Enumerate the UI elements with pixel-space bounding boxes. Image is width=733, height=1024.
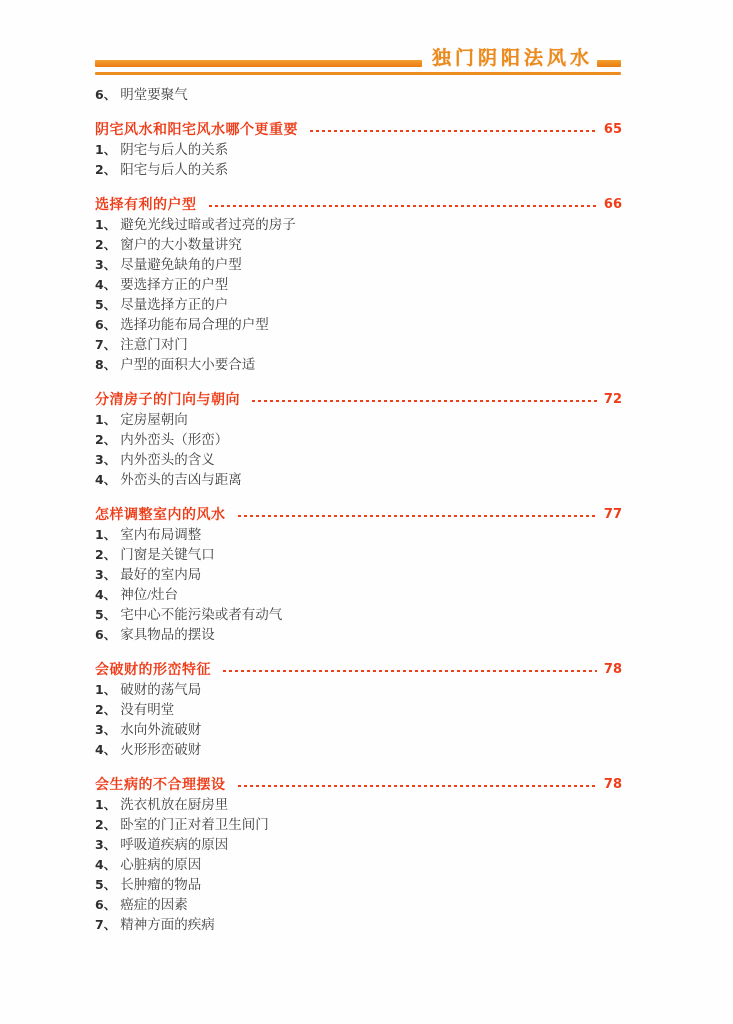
toc-item-number: 6、	[95, 625, 116, 645]
toc-item: 4、神位/灶台	[95, 585, 622, 605]
header-rule-left	[95, 60, 422, 67]
dotted-leader	[252, 400, 597, 402]
toc-page-number: 78	[604, 775, 622, 795]
toc-item: 1、破财的荡气局	[95, 680, 622, 700]
toc-item: 4、要选择方正的户型	[95, 275, 622, 295]
toc-item: 3、尽量避免缺角的户型	[95, 255, 622, 275]
header-rule-row: 独门阴阳法风水	[95, 48, 621, 69]
toc-section: 怎样调整室内的风水771、室内布局调整2、门窗是关键气口3、最好的室内局4、神位…	[95, 505, 622, 645]
toc-section: 会破财的形峦特征781、破财的荡气局2、没有明堂3、水向外流破财4、火形形峦破财	[95, 660, 622, 760]
toc-section-heading: 会生病的不合理摆设78	[95, 775, 622, 795]
toc-item: 5、宅中心不能污染或者有动气	[95, 605, 622, 625]
toc-item-number: 1、	[95, 680, 116, 700]
toc-item-label: 家具物品的摆设	[120, 625, 215, 645]
toc-item: 3、水向外流破财	[95, 720, 622, 740]
toc-section-heading: 会破财的形峦特征78	[95, 660, 622, 680]
toc-page-number: 66	[604, 195, 622, 215]
toc-item-label: 呼吸道疾病的原因	[120, 835, 228, 855]
toc-item: 3、呼吸道疾病的原因	[95, 835, 622, 855]
toc-item-label: 心脏病的原因	[120, 855, 201, 875]
toc-item-label: 室内布局调整	[120, 525, 201, 545]
toc-item-label: 最好的室内局	[120, 565, 201, 585]
toc-item-label: 癌症的因素	[120, 895, 188, 915]
toc-item-label: 户型的面积大小要合适	[120, 355, 255, 375]
toc-item-label: 神位/灶台	[120, 585, 178, 605]
toc-section: 分清房子的门向与朝向721、定房屋朝向2、内外峦头（形峦）3、内外峦头的含义4、…	[95, 390, 622, 490]
toc-item: 8、户型的面积大小要合适	[95, 355, 622, 375]
toc-item-label: 长肿瘤的物品	[120, 875, 201, 895]
toc-item-number: 2、	[95, 235, 116, 255]
toc-item-number: 2、	[95, 815, 116, 835]
toc-item-label: 尽量选择方正的户	[120, 295, 228, 315]
toc-item: 6、明堂要聚气	[95, 85, 622, 105]
toc-item-label: 定房屋朝向	[120, 410, 188, 430]
toc-item: 3、最好的室内局	[95, 565, 622, 585]
toc-item-label: 避免光线过暗或者过亮的房子	[120, 215, 296, 235]
toc-item-label: 没有明堂	[120, 700, 174, 720]
toc-item: 2、卧室的门正对着卫生间门	[95, 815, 622, 835]
toc-item-label: 阳宅与后人的关系	[120, 160, 228, 180]
toc-item: 1、避免光线过暗或者过亮的房子	[95, 215, 622, 235]
toc-item-number: 1、	[95, 525, 116, 545]
toc-item-number: 2、	[95, 160, 116, 180]
toc-item-number: 3、	[95, 720, 116, 740]
toc-item-number: 5、	[95, 295, 116, 315]
toc-item-label: 精神方面的疾病	[120, 915, 215, 935]
toc-item-number: 7、	[95, 335, 116, 355]
toc-item-number: 4、	[95, 275, 116, 295]
toc-item-number: 6、	[95, 85, 116, 105]
toc-item-label: 火形形峦破财	[120, 740, 201, 760]
toc-item-number: 6、	[95, 315, 116, 335]
toc-item-number: 4、	[95, 470, 116, 490]
toc-item-number: 5、	[95, 605, 116, 625]
toc-item-number: 3、	[95, 835, 116, 855]
toc-item-label: 宅中心不能污染或者有动气	[120, 605, 282, 625]
toc-item: 4、心脏病的原因	[95, 855, 622, 875]
toc-item-number: 4、	[95, 855, 116, 875]
toc-item-number: 1、	[95, 215, 116, 235]
toc-item-number: 3、	[95, 450, 116, 470]
toc-item-number: 1、	[95, 140, 116, 160]
toc-item: 7、精神方面的疾病	[95, 915, 622, 935]
toc-section-title: 怎样调整室内的风水	[95, 505, 226, 525]
toc-item-label: 明堂要聚气	[120, 85, 188, 105]
book-title: 独门阴阳法风水	[422, 48, 597, 69]
toc-item: 5、长肿瘤的物品	[95, 875, 622, 895]
toc-item-number: 2、	[95, 545, 116, 565]
toc-item-label: 水向外流破财	[120, 720, 201, 740]
table-of-contents: 6、明堂要聚气 阴宅风水和阳宅风水哪个更重要651、阴宅与后人的关系2、阳宅与后…	[95, 85, 622, 935]
toc-item-label: 门窗是关键气口	[120, 545, 215, 565]
toc-item-number: 6、	[95, 895, 116, 915]
toc-item: 7、注意门对门	[95, 335, 622, 355]
toc-item: 6、选择功能布局合理的户型	[95, 315, 622, 335]
header-underline	[95, 72, 621, 75]
toc-item: 1、阴宅与后人的关系	[95, 140, 622, 160]
toc-item-label: 内外峦头（形峦）	[120, 430, 228, 450]
toc-item-number: 5、	[95, 875, 116, 895]
toc-item: 1、室内布局调整	[95, 525, 622, 545]
toc-item-label: 窗户的大小数量讲究	[120, 235, 242, 255]
toc-section-heading: 怎样调整室内的风水77	[95, 505, 622, 525]
toc-item-number: 2、	[95, 430, 116, 450]
toc-item-number: 2、	[95, 700, 116, 720]
toc-item-label: 要选择方正的户型	[120, 275, 228, 295]
toc-item-label: 外峦头的吉凶与距离	[120, 470, 242, 490]
toc-item: 6、家具物品的摆设	[95, 625, 622, 645]
toc-section-title: 选择有利的户型	[95, 195, 197, 215]
toc-item-label: 尽量避免缺角的户型	[120, 255, 242, 275]
dotted-leader	[310, 130, 597, 132]
dotted-leader	[209, 205, 597, 207]
toc-item-number: 4、	[95, 585, 116, 605]
toc-item-number: 1、	[95, 795, 116, 815]
toc-item: 5、尽量选择方正的户	[95, 295, 622, 315]
toc-page-number: 72	[604, 390, 622, 410]
toc-sections: 阴宅风水和阳宅风水哪个更重要651、阴宅与后人的关系2、阳宅与后人的关系选择有利…	[95, 120, 622, 935]
toc-item: 4、火形形峦破财	[95, 740, 622, 760]
toc-item-number: 7、	[95, 915, 116, 935]
toc-section: 阴宅风水和阳宅风水哪个更重要651、阴宅与后人的关系2、阳宅与后人的关系	[95, 120, 622, 180]
page-header: 独门阴阳法风水	[95, 48, 621, 75]
dotted-leader	[238, 515, 597, 517]
toc-item: 2、内外峦头（形峦）	[95, 430, 622, 450]
toc-item: 6、癌症的因素	[95, 895, 622, 915]
toc-page-number: 65	[604, 120, 622, 140]
dotted-leader	[223, 670, 597, 672]
toc-section-heading: 阴宅风水和阳宅风水哪个更重要65	[95, 120, 622, 140]
toc-section: 会生病的不合理摆设781、洗衣机放在厨房里2、卧室的门正对着卫生间门3、呼吸道疾…	[95, 775, 622, 935]
toc-item-number: 3、	[95, 565, 116, 585]
toc-item: 2、阳宅与后人的关系	[95, 160, 622, 180]
toc-item: 1、洗衣机放在厨房里	[95, 795, 622, 815]
dotted-leader	[238, 785, 597, 787]
toc-page-number: 78	[604, 660, 622, 680]
toc-item-number: 3、	[95, 255, 116, 275]
toc-item-number: 4、	[95, 740, 116, 760]
toc-item: 4、外峦头的吉凶与距离	[95, 470, 622, 490]
toc-page-number: 77	[604, 505, 622, 525]
toc-item: 2、没有明堂	[95, 700, 622, 720]
toc-item-label: 卧室的门正对着卫生间门	[120, 815, 269, 835]
toc-section-heading: 选择有利的户型66	[95, 195, 622, 215]
toc-section-title: 会破财的形峦特征	[95, 660, 211, 680]
toc-item-label: 阴宅与后人的关系	[120, 140, 228, 160]
toc-item-label: 破财的荡气局	[120, 680, 201, 700]
toc-section-heading: 分清房子的门向与朝向72	[95, 390, 622, 410]
toc-continuation-items: 6、明堂要聚气	[95, 85, 622, 105]
toc-item-label: 注意门对门	[120, 335, 188, 355]
toc-item: 3、内外峦头的含义	[95, 450, 622, 470]
toc-item-number: 1、	[95, 410, 116, 430]
toc-item: 2、门窗是关键气口	[95, 545, 622, 565]
toc-item-label: 洗衣机放在厨房里	[120, 795, 228, 815]
toc-section-title: 分清房子的门向与朝向	[95, 390, 240, 410]
toc-item-label: 选择功能布局合理的户型	[120, 315, 269, 335]
toc-item: 1、定房屋朝向	[95, 410, 622, 430]
toc-section: 选择有利的户型661、避免光线过暗或者过亮的房子2、窗户的大小数量讲究3、尽量避…	[95, 195, 622, 375]
toc-item-label: 内外峦头的含义	[120, 450, 215, 470]
toc-section-title: 会生病的不合理摆设	[95, 775, 226, 795]
book-page: 独门阴阳法风水 6、明堂要聚气 阴宅风水和阳宅风水哪个更重要651、阴宅与后人的…	[0, 0, 733, 1024]
header-rule-right	[597, 60, 621, 67]
toc-item: 2、窗户的大小数量讲究	[95, 235, 622, 255]
toc-section-title: 阴宅风水和阳宅风水哪个更重要	[95, 120, 298, 140]
toc-item-number: 8、	[95, 355, 116, 375]
